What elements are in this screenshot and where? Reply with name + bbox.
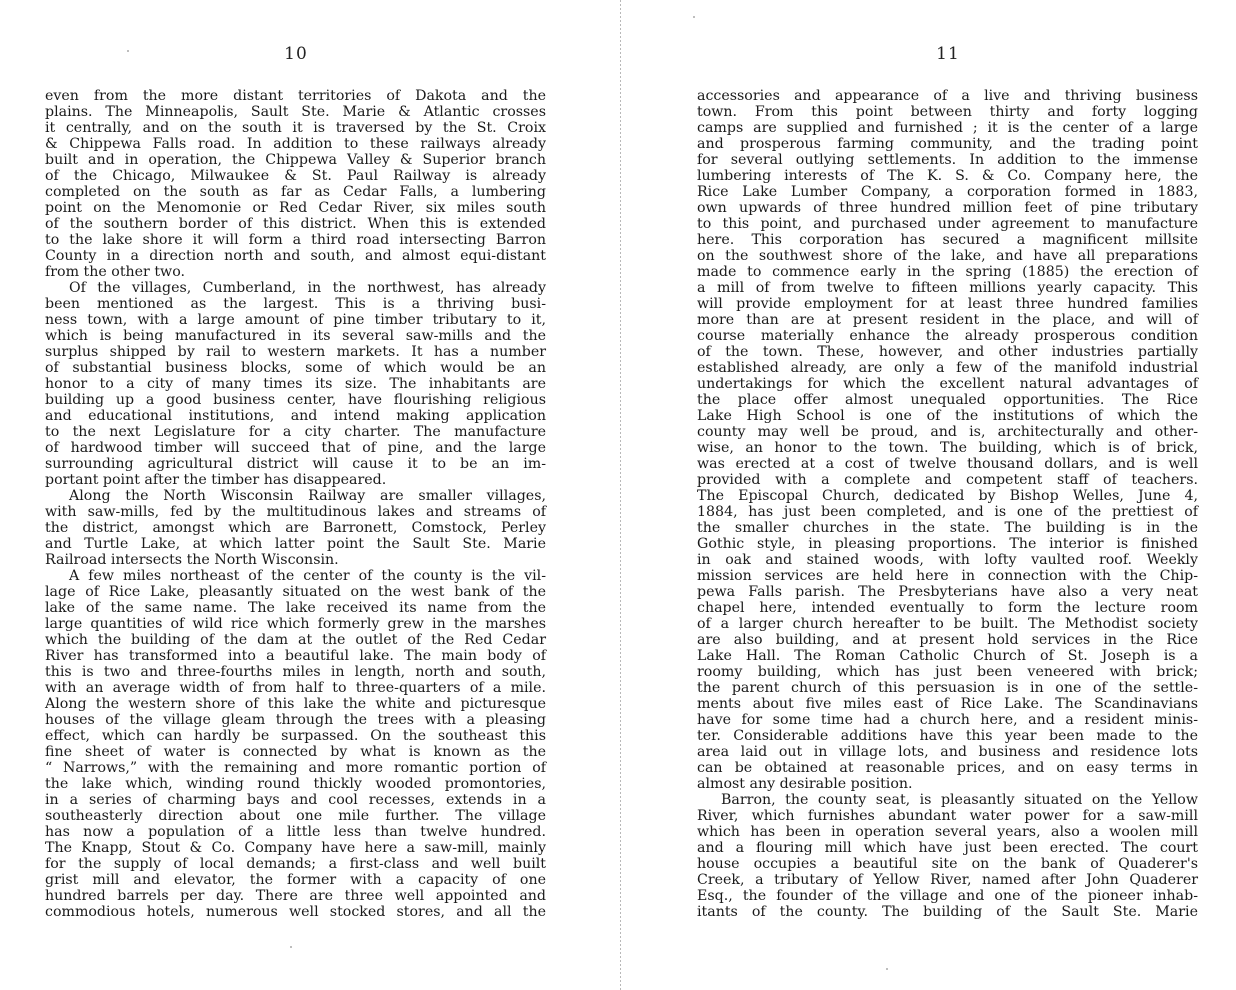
text-line: can be obtained at reasonable prices, an… <box>697 760 1198 776</box>
text-line: chapel here, intended eventually to form… <box>697 600 1198 616</box>
text-line: and a flouring mill which have just been… <box>697 840 1198 856</box>
text-line: course materially enhance the already pr… <box>697 328 1198 344</box>
text-line: and prosperous farming community, and th… <box>697 136 1198 152</box>
text-line: with an average width of from half to th… <box>45 680 546 696</box>
text-line: from the other two. <box>45 264 546 280</box>
text-line: River, which furnishes abundant water po… <box>697 808 1198 824</box>
book-spread: 10 even from the more distant territorie… <box>0 0 1236 990</box>
right-page: 11 accessories and appearance of a live … <box>622 0 1236 990</box>
text-line: more than are at present resident in the… <box>697 312 1198 328</box>
text-line: Creek, a tributary of Yellow River, name… <box>697 872 1198 888</box>
text-line: been mentioned as the largest. This is a… <box>45 296 546 312</box>
text-line: house occupies a beautiful site on the b… <box>697 856 1198 872</box>
text-line: this is two and three-fourths miles in l… <box>45 664 546 680</box>
text-line: for the supply of local demands; a first… <box>45 856 546 872</box>
text-line: of substantial business blocks, some of … <box>45 360 546 376</box>
scan-speck <box>693 16 695 18</box>
text-line: pewa Falls parish. The Presbyterians hav… <box>697 584 1198 600</box>
text-line: established already, are only a few of t… <box>697 360 1198 376</box>
text-line: Along the North Wisconsin Railway are sm… <box>45 488 546 504</box>
text-line: the district, amongst which are Barronet… <box>45 520 546 536</box>
text-line: houses of the village gleam through the … <box>45 712 546 728</box>
text-line: portant point after the timber has disap… <box>45 472 546 488</box>
text-line: county may well be proud, and is, archit… <box>697 424 1198 440</box>
text-line: southeasterly direction about one mile f… <box>45 808 546 824</box>
text-line: Gothic style, in pleasing proportions. T… <box>697 536 1198 552</box>
text-line: on the southwest shore of the lake, and … <box>697 248 1198 264</box>
text-line: honor to a city of many times its size. … <box>45 376 546 392</box>
text-line: it centrally, and on the south it is tra… <box>45 120 546 136</box>
text-line: to the next Legislature for a city chart… <box>45 424 546 440</box>
text-line: and Turtle Lake, at which latter point t… <box>45 536 546 552</box>
text-line: which has been in operation several year… <box>697 824 1198 840</box>
right-page-text: accessories and appearance of a live and… <box>697 88 1198 920</box>
text-line: lumbering interests of The K. S. & Co. C… <box>697 168 1198 184</box>
page-number-left: 10 <box>266 44 326 64</box>
page-gutter <box>620 0 621 990</box>
text-line: provided with a complete and competent s… <box>697 472 1198 488</box>
text-line: made to commence early in the spring (18… <box>697 264 1198 280</box>
text-line: point on the Menomonie or Red Cedar Rive… <box>45 200 546 216</box>
text-line: commodious hotels, numerous well stocked… <box>45 904 546 920</box>
text-line: to the lake shore it will form a third r… <box>45 232 546 248</box>
text-line: Rice Lake Lumber Company, a corporation … <box>697 184 1198 200</box>
text-line: surplus shipped by rail to western marke… <box>45 344 546 360</box>
text-line: Lake High School is one of the instituti… <box>697 408 1198 424</box>
text-line: was erected at a cost of twelve thousand… <box>697 456 1198 472</box>
text-line: County in a direction north and south, a… <box>45 248 546 264</box>
text-line: own upwards of three hundred million fee… <box>697 200 1198 216</box>
text-line: almost any desirable position. <box>697 776 1198 792</box>
text-line: accessories and appearance of a live and… <box>697 88 1198 104</box>
scan-speck <box>290 946 292 948</box>
text-line: completed on the south as far as Cedar F… <box>45 184 546 200</box>
text-line: Esq., the founder of the village and one… <box>697 888 1198 904</box>
text-line: of the town. These, however, and other i… <box>697 344 1198 360</box>
text-line: ments about five miles east of Rice Lake… <box>697 696 1198 712</box>
text-line: which is being manufactured in its sever… <box>45 328 546 344</box>
text-line: ter. Considerable additions have this ye… <box>697 728 1198 744</box>
text-line: surrounding agricultural district will c… <box>45 456 546 472</box>
text-line: here. This corporation has secured a mag… <box>697 232 1198 248</box>
text-line: to this point, and purchased under agree… <box>697 216 1198 232</box>
text-line: hundred barrels per day. There are three… <box>45 888 546 904</box>
text-line: lage of Rice Lake, pleasantly situated o… <box>45 584 546 600</box>
text-line: with saw-mills, fed by the multitudinous… <box>45 504 546 520</box>
text-line: camps are supplied and furnished ; it is… <box>697 120 1198 136</box>
text-line: in oak and stained woods, with lofty vau… <box>697 552 1198 568</box>
text-line: building up a good business center, have… <box>45 392 546 408</box>
text-line: grist mill and elevator, the former with… <box>45 872 546 888</box>
text-line: for several outlying settlements. In add… <box>697 152 1198 168</box>
text-line: A few miles northeast of the center of t… <box>45 568 546 584</box>
text-line: Along the western shore of this lake the… <box>45 696 546 712</box>
text-line: the place offer almost unequaled opportu… <box>697 392 1198 408</box>
text-line: built and in operation, the Chippewa Val… <box>45 152 546 168</box>
text-line: are also building, and at present hold s… <box>697 632 1198 648</box>
text-line: wise, an honor to the town. The building… <box>697 440 1198 456</box>
text-line: and educational institutions, and intend… <box>45 408 546 424</box>
text-line: River has transformed into a beautiful l… <box>45 648 546 664</box>
text-line: which the building of the dam at the out… <box>45 632 546 648</box>
left-page: 10 even from the more distant territorie… <box>0 0 620 990</box>
text-line: mission services are held here in connec… <box>697 568 1198 584</box>
text-line: a mill of from twelve to fifteen million… <box>697 280 1198 296</box>
text-line: of hardwood timber will succeed that of … <box>45 440 546 456</box>
text-line: Lake Hall. The Roman Catholic Church of … <box>697 648 1198 664</box>
text-line: fine sheet of water is connected by what… <box>45 744 546 760</box>
text-line: large quantities of wild rice which form… <box>45 616 546 632</box>
text-line: The Episcopal Church, dedicated by Bisho… <box>697 488 1198 504</box>
text-line: Barron, the county seat, is pleasantly s… <box>697 792 1198 808</box>
text-line: has now a population of a little less th… <box>45 824 546 840</box>
text-line: The Knapp, Stout & Co. Company have here… <box>45 840 546 856</box>
text-line: Of the villages, Cumberland, in the nort… <box>45 280 546 296</box>
text-line: of the southern border of this district.… <box>45 216 546 232</box>
text-line: itants of the county. The building of th… <box>697 904 1198 920</box>
text-line: even from the more distant territories o… <box>45 88 546 104</box>
text-line: the parent church of this persuasion is … <box>697 680 1198 696</box>
text-line: 1884, has just been completed, and is on… <box>697 504 1198 520</box>
text-line: Railroad intersects the North Wisconsin. <box>45 552 546 568</box>
text-line: of a larger church hereafter to be built… <box>697 616 1198 632</box>
text-line: will provide employment for at least thr… <box>697 296 1198 312</box>
left-page-text: even from the more distant territories o… <box>45 88 546 920</box>
text-line: of the Chicago, Milwaukee & St. Paul Rai… <box>45 168 546 184</box>
text-line: plains. The Minneapolis, Sault Ste. Mari… <box>45 104 546 120</box>
text-line: lake of the same name. The lake received… <box>45 600 546 616</box>
text-line: “ Narrows,” with the remaining and more … <box>45 760 546 776</box>
scan-speck <box>127 50 129 52</box>
text-line: effect, which can hardly be surpassed. O… <box>45 728 546 744</box>
text-line: ness town, with a large amount of pine t… <box>45 312 546 328</box>
scan-speck <box>886 968 888 970</box>
text-line: town. From this point between thirty and… <box>697 104 1198 120</box>
text-line: & Chippewa Falls road. In addition to th… <box>45 136 546 152</box>
page-number-right: 11 <box>918 44 978 64</box>
text-line: have for some time had a church here, an… <box>697 712 1198 728</box>
text-line: undertakings for which the excellent nat… <box>697 376 1198 392</box>
text-line: in a series of charming bays and cool re… <box>45 792 546 808</box>
text-line: roomy building, which has just been vene… <box>697 664 1198 680</box>
text-line: area laid out in village lots, and busin… <box>697 744 1198 760</box>
text-line: the lake which, winding round thickly wo… <box>45 776 546 792</box>
text-line: the smaller churches in the state. The b… <box>697 520 1198 536</box>
